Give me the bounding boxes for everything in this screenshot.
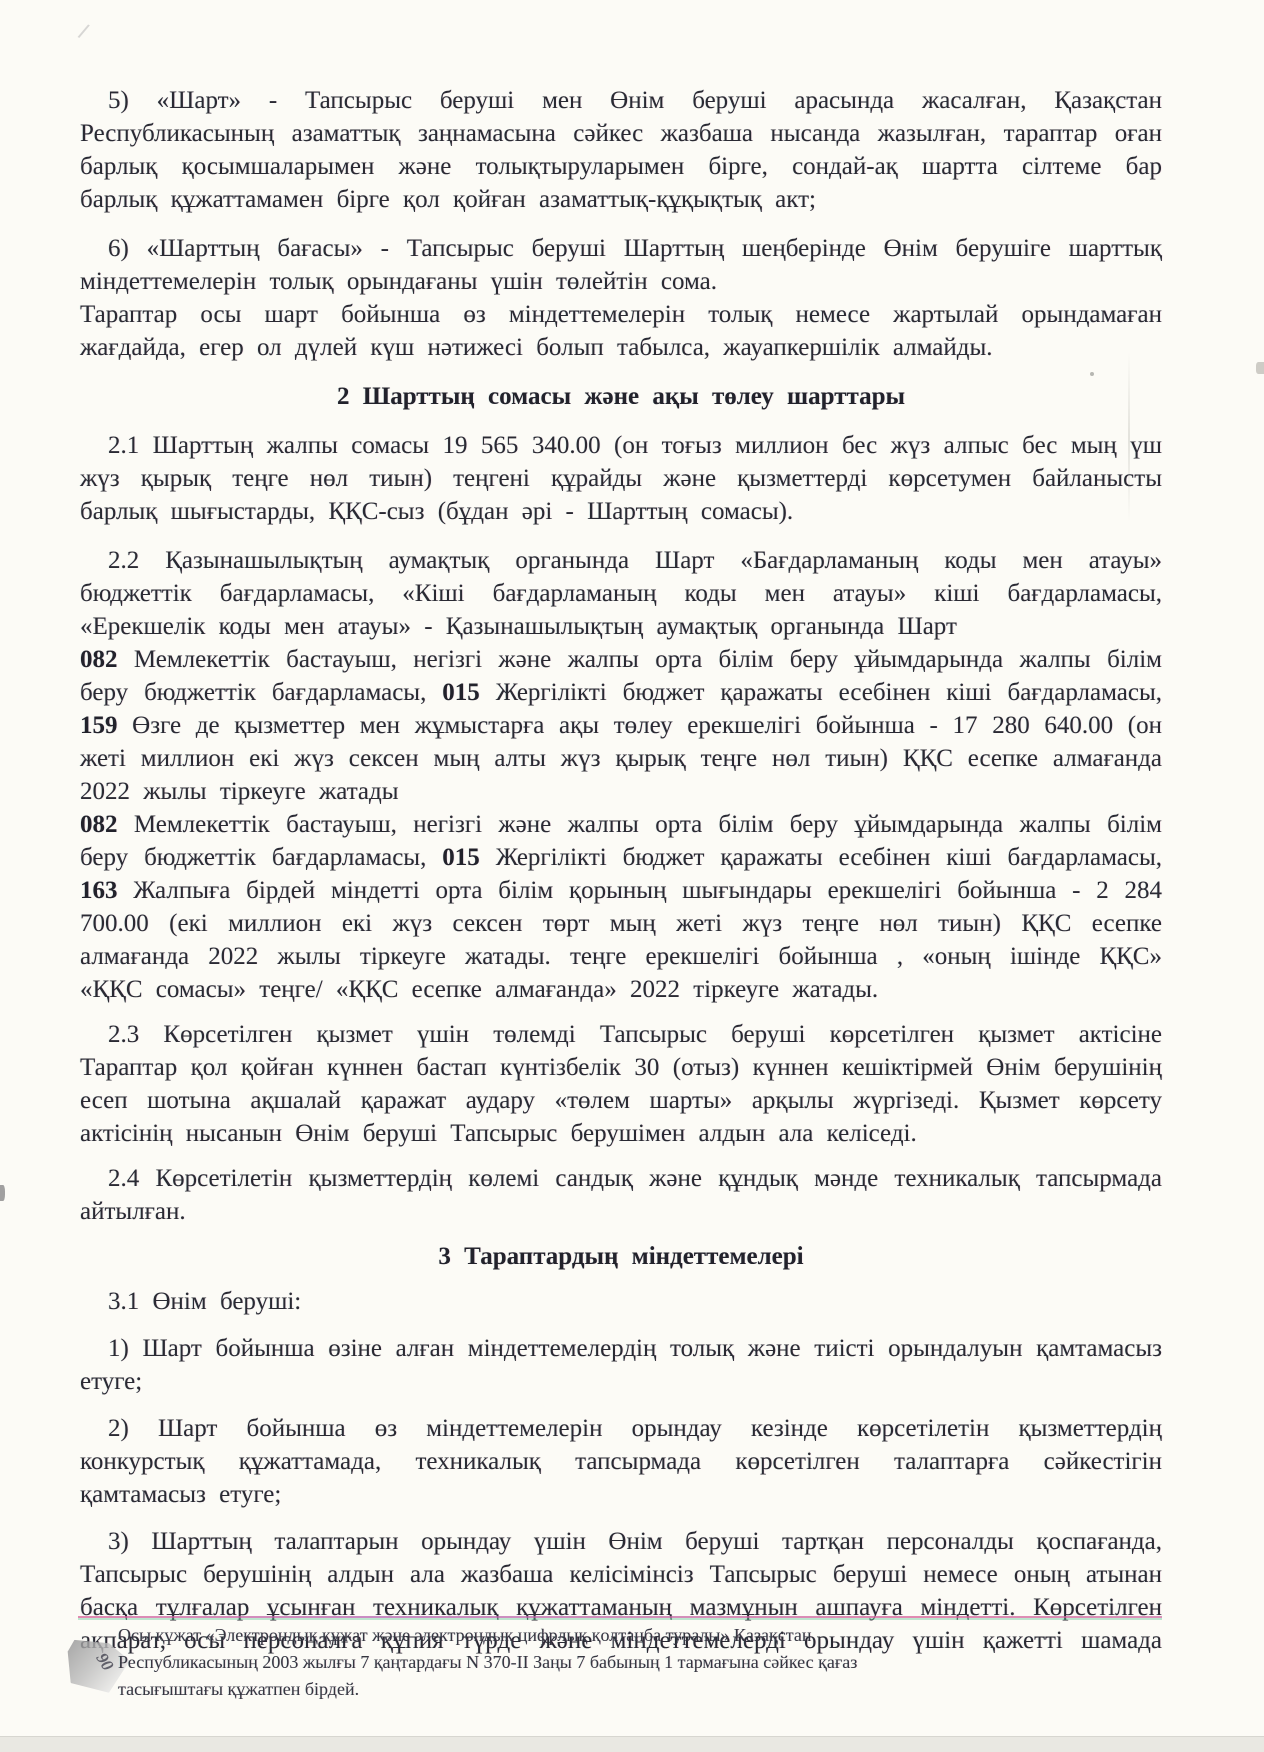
scan-crease [1128,352,1130,522]
document-body: 5) «Шарт» - Тапсырыс беруші мен Өнім бер… [80,68,1162,1657]
scan-speck [1090,372,1094,376]
budget-code: 082 [80,811,118,838]
paragraph: 2) Шарт бойынша өз міндеттемелерін орынд… [80,1412,1162,1511]
paragraph: 082 Мемлекеттік бастауыш, негізгі және ж… [80,808,1162,1006]
text-run: 2.3 Көрсетілген қызмет үшін төлемді Тапс… [80,1021,1162,1147]
paragraph: 2.1 Шарттың жалпы сомасы 19 565 340.00 (… [80,429,1162,528]
paragraph: 3.1 Өнім беруші: [80,1285,1162,1318]
text-run: 2) Шарт бойынша өз міндеттемелерін орынд… [80,1415,1162,1508]
text-run: 1) Шарт бойынша өзіне алған міндеттемеле… [80,1335,1162,1395]
budget-code: 015 [442,679,480,706]
scanned-contract-page: 5) «Шарт» - Тапсырыс беруші мен Өнім бер… [0,0,1264,1752]
text-run: Тараптар осы шарт бойынша өз міндеттемел… [80,301,1162,361]
text-run: 2.2 Қазынашылықтың аумақтық органында Ша… [80,547,1162,640]
scan-underline-artifact [78,1616,1162,1618]
esign-footer-line: Республикасының 2003 жылғы 7 қаңтардағы … [118,1649,1078,1676]
budget-code: 3 Тараптардың міндеттемелері [438,1243,803,1270]
paragraph: 2.3 Көрсетілген қызмет үшін төлемді Тапс… [80,1018,1162,1150]
scan-bottom-edge [0,1736,1264,1752]
esign-footer-line: Осы құжат «Электрондық құжат және электр… [118,1622,1078,1649]
scan-speck [1256,362,1264,374]
paragraph: 082 Мемлекеттік бастауыш, негізгі және ж… [80,643,1162,808]
esign-footer-line: тасығыштағы құжатпен бірдей. [118,1676,1078,1703]
paragraph: 1) Шарт бойынша өзіне алған міндеттемеле… [80,1332,1162,1398]
section-heading: 3 Тараптардың міндеттемелері [80,1240,1162,1273]
budget-code: 159 [80,712,118,739]
budget-code: 2 Шарттың сомасы және ақы төлеу шарттары [337,383,905,410]
paragraph: 2.4 Көрсетілетін қызметтердің көлемі сан… [80,1162,1162,1228]
text-run: Жергілікті бюджет қаражаты есебінен кіші… [480,679,1162,706]
budget-code: 015 [442,844,480,871]
scan-speck [0,1185,5,1201]
paragraph: Тараптар осы шарт бойынша өз міндеттемел… [80,298,1162,364]
text-run: 2.4 Көрсетілетін қызметтердің көлемі сан… [80,1165,1162,1225]
esign-footer: Осы құжат «Электрондық құжат және электр… [118,1622,1078,1703]
scan-pencil-mark [78,24,101,43]
text-run: 5) «Шарт» - Тапсырыс беруші мен Өнім бер… [80,87,1162,213]
text-run: 3.1 Өнім беруші: [108,1288,301,1315]
text-run: Жергілікті бюджет қаражаты есебінен кіші… [480,844,1162,871]
text-run: 6) «Шарттың бағасы» - Тапсырыс беруші Ша… [80,235,1162,295]
paragraph: 5) «Шарт» - Тапсырыс беруші мен Өнім бер… [80,84,1162,216]
budget-code: 082 [80,646,118,673]
paragraph: 2.2 Қазынашылықтың аумақтық органында Ша… [80,544,1162,643]
text-run: Өзге де қызметтер мен жұмыстарға ақы төл… [80,712,1162,805]
text-run: Жалпыға бірдей міндетті орта білім қорын… [80,877,1162,1003]
section-heading: 2 Шарттың сомасы және ақы төлеу шарттары [80,380,1162,413]
text-run: 2.1 Шарттың жалпы сомасы 19 565 340.00 (… [80,432,1162,525]
budget-code: 163 [80,877,118,904]
paragraph: 6) «Шарттың бағасы» - Тапсырыс беруші Ша… [80,232,1162,298]
